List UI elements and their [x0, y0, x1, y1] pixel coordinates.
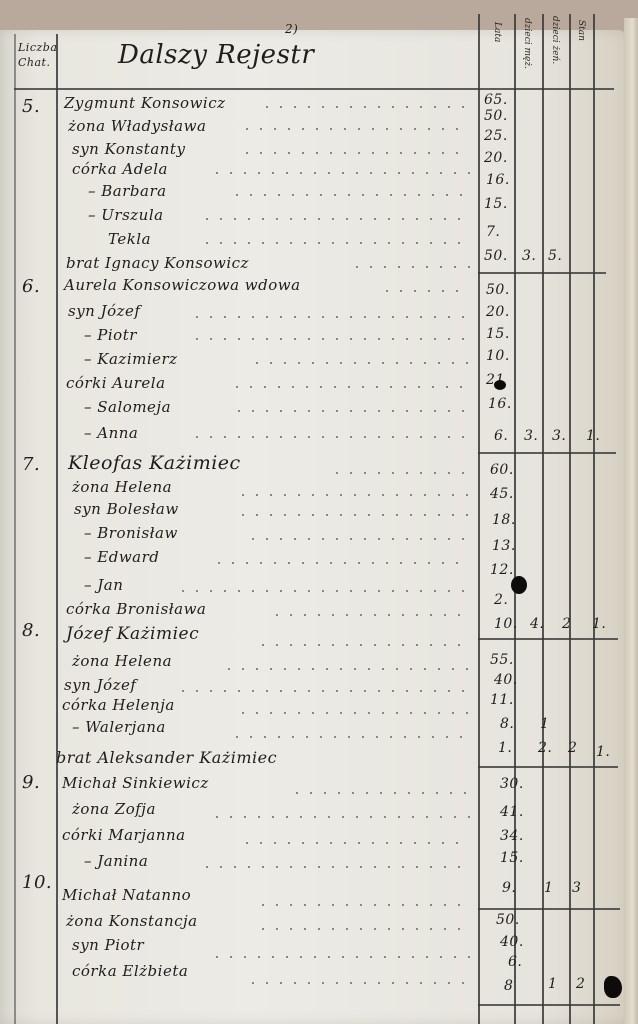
person-name: Kleofas Każimiec	[68, 452, 241, 474]
person-age: 8.	[500, 716, 514, 732]
leader-dots	[236, 494, 470, 496]
person-name: syn Piotr	[72, 936, 144, 954]
leader-dots	[200, 218, 470, 220]
person-age: 18.	[492, 512, 516, 528]
person-name: syn Józef	[64, 676, 136, 694]
leader-dots	[210, 956, 470, 958]
person-name: – Kazimierz	[84, 350, 178, 368]
person-age: 20.	[484, 150, 508, 166]
person-name: – Edward	[84, 548, 159, 566]
person-age: 16.	[486, 172, 510, 188]
person-age: 2.	[494, 592, 508, 608]
person-age: 8	[504, 978, 513, 994]
person-name: Tekla	[108, 230, 151, 248]
person-name: Józef Każimiec	[66, 624, 199, 644]
leader-dots	[190, 316, 470, 318]
person-age: 45.	[490, 486, 514, 502]
person-name: – Urszula	[88, 206, 164, 224]
leader-dots	[290, 792, 470, 794]
person-name: córka Bronisława	[66, 600, 206, 618]
leader-dots	[200, 866, 470, 868]
household-number: 9.	[22, 772, 40, 793]
leader-dots	[350, 266, 470, 268]
person-name: brat Aleksander Każimiec	[56, 748, 277, 767]
sons-count: 2.	[538, 740, 552, 756]
leader-dots	[190, 338, 470, 340]
leader-dots	[240, 152, 470, 154]
leader-dots	[270, 614, 470, 616]
household-number: 8.	[22, 620, 40, 641]
ink-blot	[604, 976, 622, 998]
household-rule	[478, 1004, 620, 1006]
person-age: 15.	[486, 326, 510, 342]
person-age: 55.	[490, 652, 514, 668]
page-edge	[624, 18, 638, 1024]
person-name: żona Zofja	[72, 800, 156, 818]
household-number: 7.	[22, 454, 40, 475]
state-count: 1.	[586, 428, 600, 444]
sons-count: 3.	[524, 428, 538, 444]
leader-dots	[236, 712, 470, 714]
person-name: córki Aurela	[66, 374, 166, 392]
person-age: 34.	[500, 828, 524, 844]
leader-dots	[246, 982, 470, 984]
household-rule	[478, 638, 618, 640]
person-age: 50.	[496, 912, 520, 928]
household-rule	[478, 272, 606, 274]
person-name: córka Elżbieta	[72, 962, 188, 980]
person-age: 50.	[484, 248, 508, 264]
person-age: 6.	[508, 954, 522, 970]
person-name: syn Bolesław	[74, 500, 179, 518]
leader-dots	[380, 290, 470, 292]
person-name: Zygmunt Konsowicz	[64, 94, 226, 112]
leader-dots	[256, 904, 470, 906]
column-header-daughters: dzieci żeń.	[550, 16, 560, 64]
person-name: żona Helena	[72, 652, 172, 670]
leader-dots	[176, 690, 470, 692]
leader-dots	[240, 842, 470, 844]
column-header-sons: dzieci męż.	[522, 18, 532, 69]
person-age: 50.	[484, 108, 508, 124]
ruling-line	[14, 34, 16, 1024]
person-name: – Barbara	[88, 182, 167, 200]
sons-count: 1	[548, 976, 557, 992]
household-number: 5.	[22, 96, 40, 117]
header-line-1: Liczba	[18, 40, 57, 55]
ruling-line	[593, 14, 595, 1024]
left-column-header: Liczba Chat.	[18, 40, 57, 70]
person-name: żona Helena	[72, 478, 172, 496]
person-name: – Bronisław	[84, 524, 178, 542]
person-age: 30.	[500, 776, 524, 792]
person-name: syn Józef	[68, 302, 140, 320]
daughters-count: 3.	[552, 428, 566, 444]
page-title: Dalszy Rejestr	[118, 40, 314, 70]
person-age: 6.	[494, 428, 508, 444]
person-age: 12.	[490, 562, 514, 578]
household-number: 6.	[22, 276, 40, 297]
person-name: – Janina	[84, 852, 148, 870]
leader-dots	[210, 816, 470, 818]
person-age: 60.	[490, 462, 514, 478]
leader-dots	[210, 172, 470, 174]
leader-dots	[256, 644, 470, 646]
person-name: brat Ignacy Konsowicz	[66, 254, 249, 272]
leader-dots	[330, 472, 470, 474]
column-header-age: Lata	[492, 22, 502, 42]
ink-blot	[494, 380, 506, 390]
header-line-2: Chat.	[18, 55, 57, 70]
person-age: 1.	[498, 740, 512, 756]
person-age: 20.	[486, 304, 510, 320]
person-name: – Anna	[84, 424, 138, 442]
person-name: Aurela Konsowiczowa wdowa	[64, 276, 301, 294]
leader-dots	[200, 242, 470, 244]
state-count: 1.	[592, 616, 606, 632]
person-name: córka Helenja	[62, 696, 175, 714]
person-name: żona Konstancja	[66, 912, 198, 930]
household-rule	[478, 908, 620, 910]
daughters-count: 2	[576, 976, 585, 992]
daughters-count: 5.	[548, 248, 562, 264]
state-count: 1.	[596, 744, 610, 760]
person-age: 7.	[486, 224, 500, 240]
sons-count: 4.	[530, 616, 544, 632]
daughters-total: 3	[572, 880, 581, 896]
person-age: 40.	[500, 934, 524, 950]
leader-dots	[256, 928, 470, 930]
person-name: – Piotr	[84, 326, 137, 344]
leader-dots	[222, 668, 470, 670]
person-name: Michał Natanno	[62, 886, 191, 904]
ruling-line	[542, 14, 544, 1024]
person-age: 10.	[494, 616, 518, 632]
person-name: – Salomeja	[84, 398, 171, 416]
ruling-line	[56, 34, 58, 1024]
person-name: syn Konstanty	[72, 140, 185, 158]
leader-dots	[176, 590, 470, 592]
leader-dots	[230, 736, 470, 738]
daughters-count: 2	[562, 616, 571, 632]
leader-dots	[212, 562, 470, 564]
sons-count: 1	[540, 716, 549, 732]
person-age: 65.	[484, 92, 508, 108]
person-age: 11.	[490, 692, 514, 708]
person-age: 25.	[484, 128, 508, 144]
leader-dots	[246, 538, 470, 540]
header-rule	[14, 88, 614, 90]
leader-dots	[230, 386, 470, 388]
household-rule	[478, 452, 616, 454]
page-number-mark: 2)	[285, 22, 298, 36]
person-age: 10.	[486, 348, 510, 364]
person-name: – Jan	[84, 576, 123, 594]
person-name: Michał Sinkiewicz	[62, 774, 209, 792]
person-age: 16.	[488, 396, 512, 412]
leader-dots	[260, 106, 470, 108]
ruling-line	[569, 14, 571, 1024]
person-name: żona Władysława	[68, 117, 206, 135]
leader-dots	[190, 436, 470, 438]
column-header-state: Stan	[576, 20, 586, 41]
leader-dots	[240, 128, 470, 130]
total-age: 9.	[502, 880, 516, 896]
person-age: 15.	[484, 196, 508, 212]
person-age: 15.	[500, 850, 524, 866]
leader-dots	[230, 194, 470, 196]
person-name: córka Adela	[72, 160, 168, 178]
ruling-line	[478, 14, 480, 1024]
daughters-count: 2	[568, 740, 577, 756]
leader-dots	[236, 514, 470, 516]
sons-count: 3.	[522, 248, 536, 264]
person-age: 41.	[500, 804, 524, 820]
person-age: 40.	[494, 672, 518, 688]
ink-blot	[511, 576, 527, 594]
person-name: córki Marjanna	[62, 826, 186, 844]
household-number: 10.	[22, 872, 52, 893]
household-rule	[478, 766, 618, 768]
person-age: 13.	[492, 538, 516, 554]
person-age: 50.	[486, 282, 510, 298]
leader-dots	[250, 362, 470, 364]
sons-total: 1	[544, 880, 553, 896]
leader-dots	[232, 410, 470, 412]
person-name: – Walerjana	[72, 718, 166, 736]
